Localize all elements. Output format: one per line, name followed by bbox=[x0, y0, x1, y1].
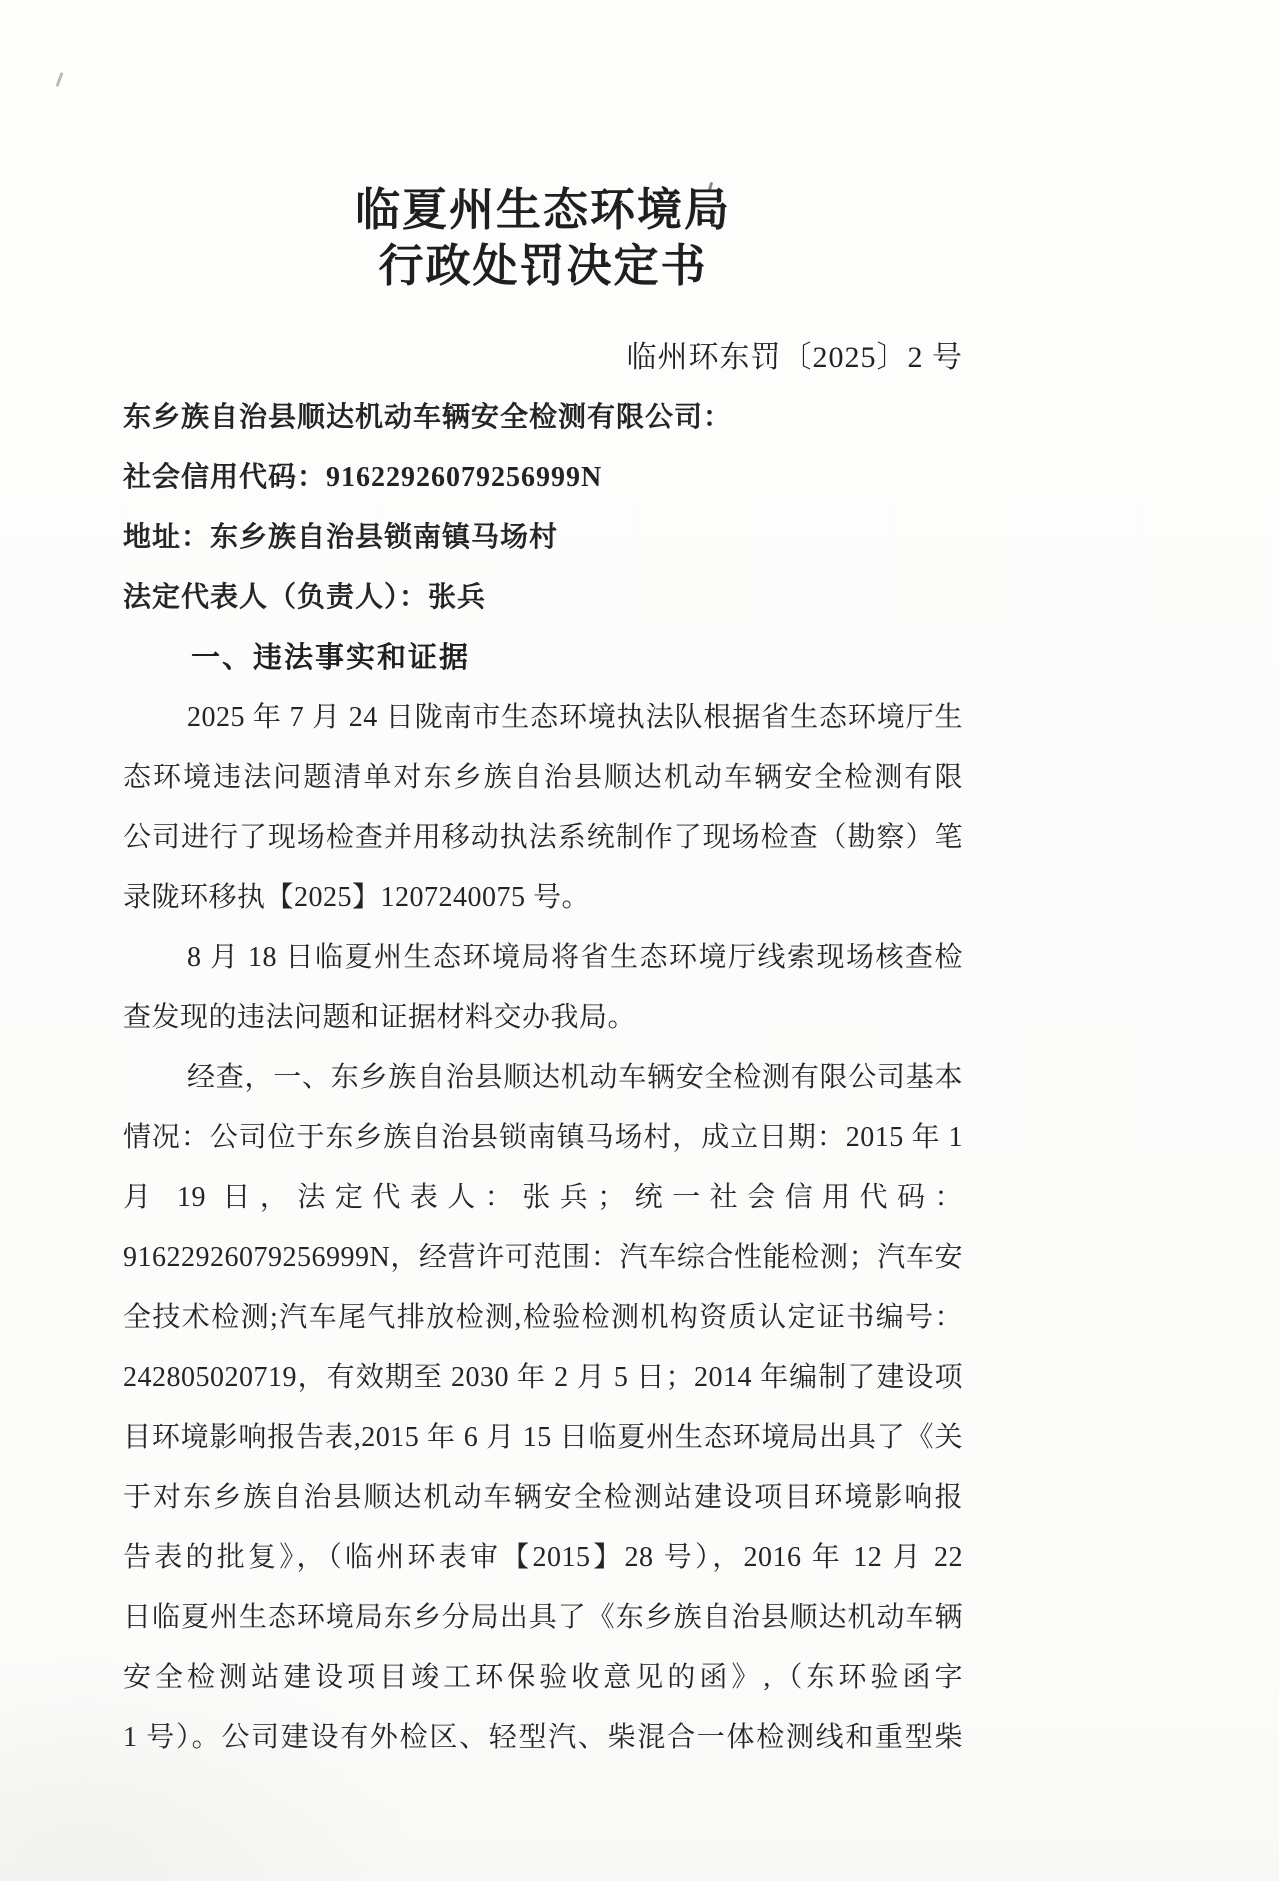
text-line: 日临夏州生态环境局东乡分局出具了《东乡族自治县顺达机动车辆 bbox=[123, 1588, 963, 1648]
text-line: 全技术检测;汽车尾气排放检测,检验检测机构资质认定证书编号： bbox=[123, 1288, 963, 1348]
text-line: 242805020719，有效期至 2030 年 2 月 5 日；2014 年编… bbox=[123, 1348, 963, 1408]
document-title: 临夏州生态环境局 行政处罚决定书 bbox=[123, 0, 963, 294]
section-heading: 一、违法事实和证据 bbox=[123, 628, 963, 688]
text-line: 安全检测站建设项目竣工环保验收意见的函》,（东环验函字【2016】 bbox=[123, 1648, 963, 1708]
text-line: 91622926079256999N，经营许可范围：汽车综合性能检测；汽车安 bbox=[123, 1228, 963, 1288]
text-line: 情况：公司位于东乡族自治县锁南镇马场村，成立日期：2015 年 1 bbox=[123, 1108, 963, 1168]
text-line: 告表的批复》，（临州环表审【2015】28 号），2016 年 12 月 22 bbox=[123, 1528, 963, 1588]
text-line: 公司进行了现场检查并用移动执法系统制作了现场检查（勘察）笔 bbox=[123, 808, 963, 868]
document-number: 临州环东罚〔2025〕2 号 bbox=[123, 328, 963, 388]
text-line: 1 号）。公司建设有外检区、轻型汽、柴混合一体检测线和重型柴 bbox=[123, 1708, 963, 1768]
recipient-block: 东乡族自治县顺达机动车辆安全检测有限公司：社会信用代码：916229260792… bbox=[123, 388, 963, 628]
document-title-line1: 临夏州生态环境局 bbox=[123, 182, 963, 238]
text-line: 2025 年 7 月 24 日陇南市生态环境执法队根据省生态环境厅生 bbox=[123, 688, 963, 748]
text-line: 月 19 日，法定代表人：张兵；统一社会信用代码： bbox=[123, 1168, 963, 1228]
text-line: 于对东乡族自治县顺达机动车辆安全检测站建设项目环境影响报 bbox=[123, 1468, 963, 1528]
body-paragraphs: 2025 年 7 月 24 日陇南市生态环境执法队根据省生态环境厅生态环境违法问… bbox=[123, 688, 963, 1768]
text-line: 录陇环移执【2025】1207240075 号。 bbox=[123, 868, 963, 928]
text-line: 查发现的违法问题和证据材料交办我局。 bbox=[123, 988, 963, 1048]
document-page: 临夏州生态环境局 行政处罚决定书 临州环东罚〔2025〕2 号 东乡族自治县顺达… bbox=[0, 0, 1279, 1881]
paragraph: 经查，一、东乡族自治县顺达机动车辆安全检测有限公司基本情况：公司位于东乡族自治县… bbox=[123, 1048, 963, 1768]
text-line: 地址：东乡族自治县锁南镇马场村 bbox=[123, 508, 963, 568]
paragraph: 8 月 18 日临夏州生态环境局将省生态环境厅线索现场核查检查发现的违法问题和证… bbox=[123, 928, 963, 1048]
text-line: 态环境违法问题清单对东乡族自治县顺达机动车辆安全检测有限 bbox=[123, 748, 963, 808]
text-line: 8 月 18 日临夏州生态环境局将省生态环境厅线索现场核查检 bbox=[123, 928, 963, 988]
text-line: 经查，一、东乡族自治县顺达机动车辆安全检测有限公司基本 bbox=[123, 1048, 963, 1108]
document-title-line2: 行政处罚决定书 bbox=[123, 238, 963, 294]
text-line: 社会信用代码：91622926079256999N bbox=[123, 448, 963, 508]
text-line: 东乡族自治县顺达机动车辆安全检测有限公司： bbox=[123, 388, 963, 448]
document-content: 临夏州生态环境局 行政处罚决定书 临州环东罚〔2025〕2 号 东乡族自治县顺达… bbox=[123, 0, 963, 1768]
scan-artifact-mark bbox=[56, 72, 64, 87]
text-line: 目环境影响报告表,2015 年 6 月 15 日临夏州生态环境局出具了《关 bbox=[123, 1408, 963, 1468]
paragraph: 2025 年 7 月 24 日陇南市生态环境执法队根据省生态环境厅生态环境违法问… bbox=[123, 688, 963, 928]
text-line: 法定代表人（负责人）：张兵 bbox=[123, 568, 963, 628]
